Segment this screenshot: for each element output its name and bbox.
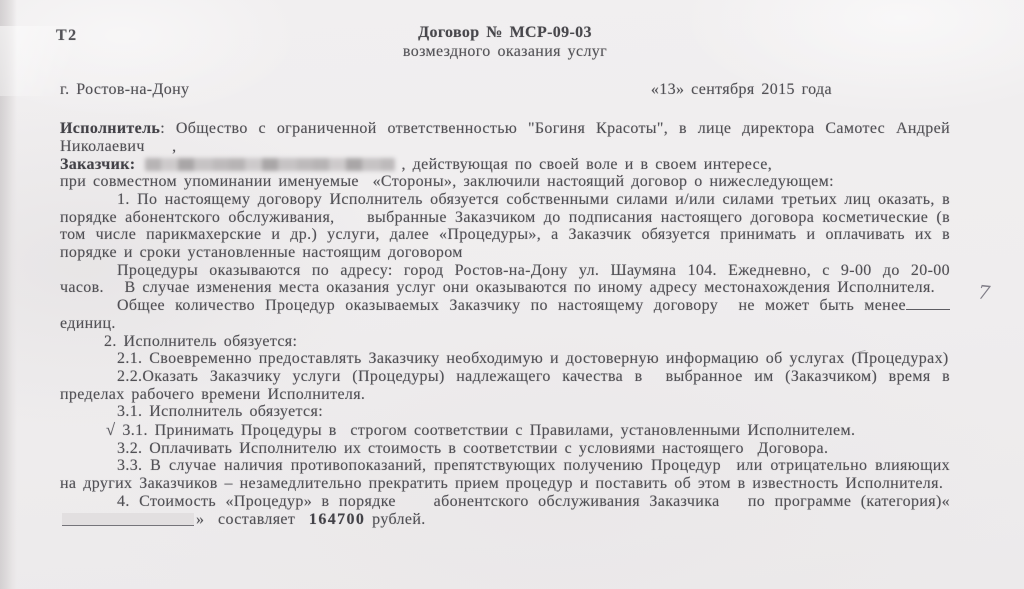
contract-document: Т2 Договор № МСР-09-03 возмездного оказа… bbox=[60, 24, 950, 528]
quantity-text-after: единиц. bbox=[60, 315, 116, 332]
clause-3-1-text: 3.1. Принимать Процедуры в строгом соотв… bbox=[122, 422, 855, 439]
category-blank-redacted bbox=[62, 513, 194, 526]
clause-3-1-accept: √3.1. Принимать Процедуры в строгом соот… bbox=[60, 421, 950, 440]
customer-text: , действующая по своей воле и в своем ин… bbox=[401, 156, 772, 173]
executor-label: Исполнитель bbox=[60, 120, 160, 137]
clause-3-3: 3.3. В случае наличия противопоказаний, … bbox=[60, 457, 950, 492]
price-text-before: 4. Стоимость «Процедур» в порядке абонен… bbox=[117, 493, 950, 510]
customer-paragraph: Заказчик:, действующая по своей воле и в… bbox=[60, 156, 950, 174]
executor-text: : Общество с ограниченной ответственност… bbox=[60, 120, 950, 155]
executor-paragraph: Исполнитель: Общество с ограниченной отв… bbox=[60, 120, 950, 155]
clause-3-1-heading: 3.1. Исполнитель обязуется: bbox=[60, 403, 950, 421]
contract-title: Договор № МСР-09-03 bbox=[60, 24, 950, 42]
clause-quantity: Общее количество Процедур оказываемых За… bbox=[60, 297, 950, 332]
clause-1-services: 1. По настоящему договору Исполнитель об… bbox=[60, 191, 950, 262]
city-date-row: г. Ростов-на-Дону «13» сентября 2015 год… bbox=[60, 81, 950, 99]
customer-label: Заказчик: bbox=[60, 156, 135, 173]
clause-3-2: 3.2. Оплачивать Исполнителю их стоимость… bbox=[60, 440, 950, 458]
handwritten-quantity-value: 7 bbox=[920, 279, 991, 304]
contract-subtitle: возмездного оказания услуг bbox=[60, 43, 950, 61]
redacted-customer-name bbox=[145, 158, 395, 171]
scanned-contract-page: Т2 Договор № МСР-09-03 возмездного оказа… bbox=[0, 0, 1024, 589]
clause-2-1: 2.1. Своевременно предоставлять Заказчик… bbox=[60, 350, 950, 368]
handwritten-checkmark: √ bbox=[106, 420, 122, 439]
price-text-mid: » составляет bbox=[196, 511, 309, 528]
quantity-text-before: Общее количество Процедур оказываемых За… bbox=[117, 297, 906, 314]
clause-address: Процедуры оказываются по адресу: город Р… bbox=[60, 262, 950, 297]
document-header: Т2 Договор № МСР-09-03 возмездного оказа… bbox=[60, 24, 950, 60]
date-label: «13» сентября 2015 года bbox=[651, 81, 832, 99]
clause-2-2: 2.2.Оказать Заказчику услуги (Процедуры)… bbox=[60, 368, 950, 403]
quantity-blank-line: 7 bbox=[906, 305, 950, 310]
contract-body: Исполнитель: Общество с ограниченной отв… bbox=[60, 120, 950, 528]
clause-4-price: 4. Стоимость «Процедур» в порядке абонен… bbox=[60, 493, 950, 528]
clause-2-heading: 2. Исполнитель обязуется: bbox=[60, 333, 950, 351]
joint-mention-paragraph: при совместном упоминании именуемые «Сто… bbox=[60, 173, 950, 191]
city-label: г. Ростов-на-Дону bbox=[60, 81, 189, 99]
page-mark: Т2 bbox=[56, 27, 78, 45]
price-text-after: рублей. bbox=[365, 511, 425, 528]
price-amount: 164700 bbox=[309, 511, 365, 528]
